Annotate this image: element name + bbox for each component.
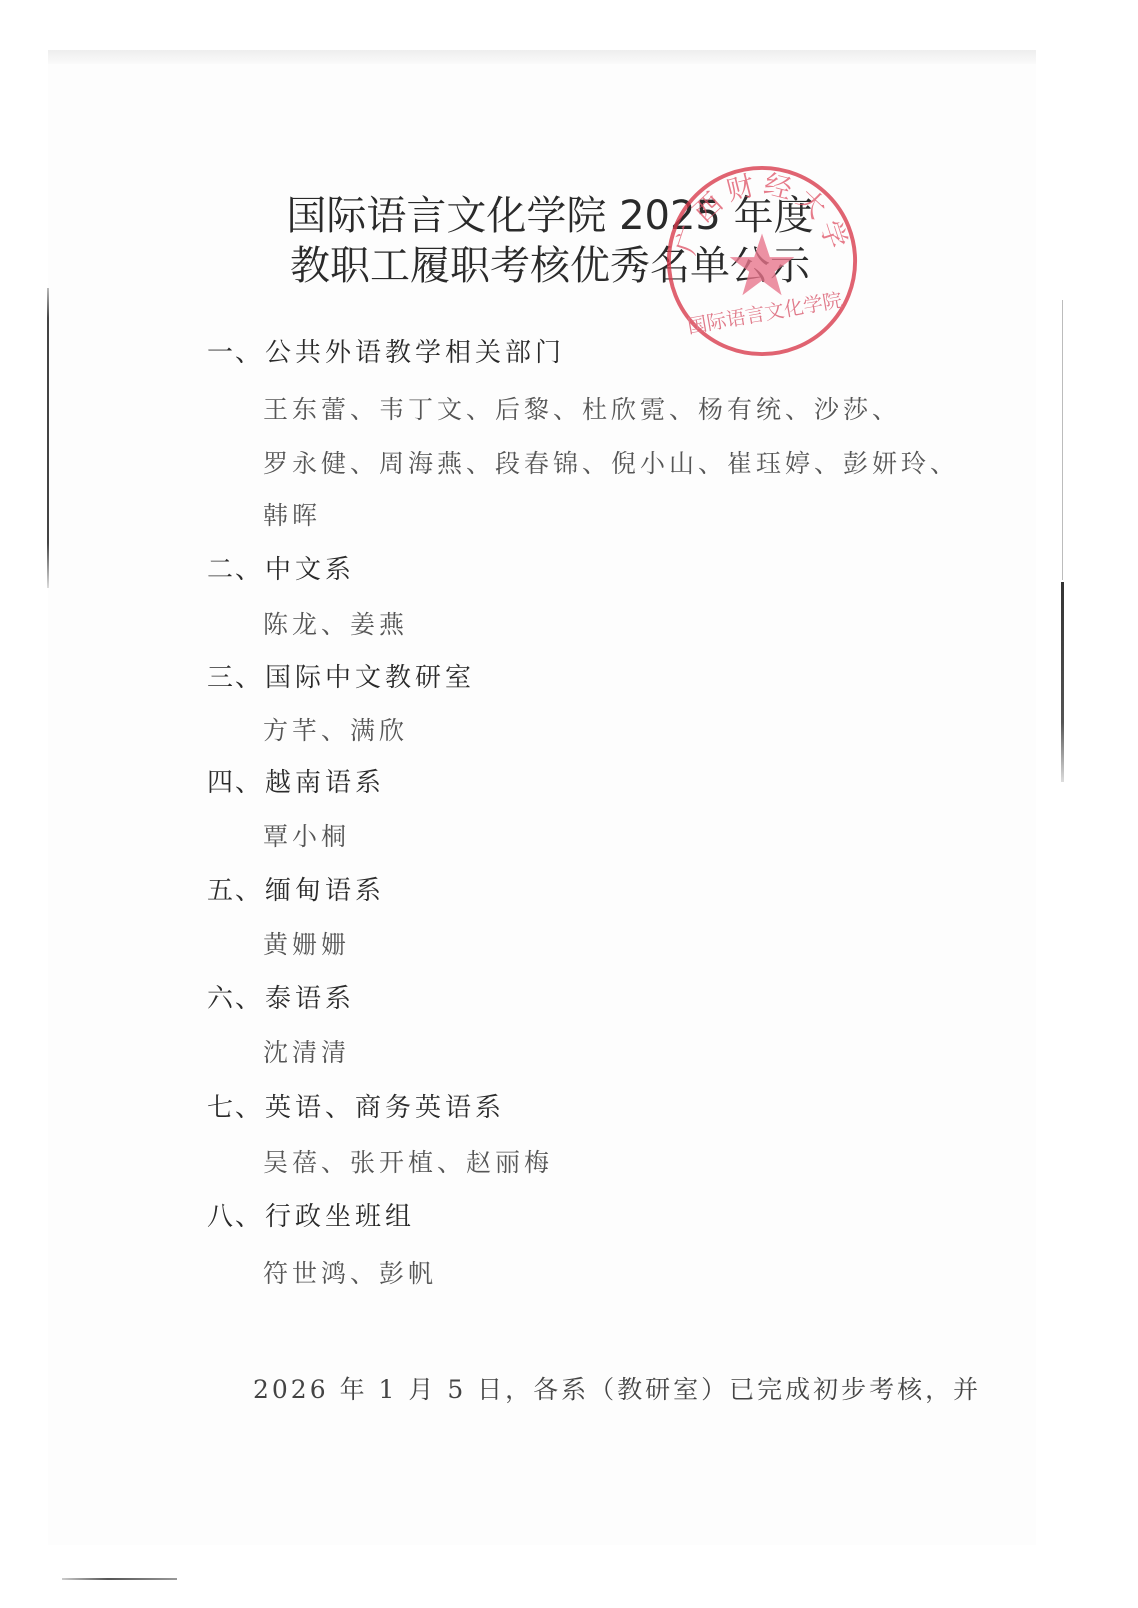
section-ordinal: 八、 [207,1196,265,1233]
document-title-line-2: 教职工履职考核优秀名单公示 [0,234,1100,291]
section-name: 行政坐班组 [265,1202,415,1232]
section-heading: 六、泰语系 [207,978,355,1015]
name-list-line: 罗永健、周海燕、段春锦、倪小山、崔珏婷、彭妍玲、 [263,444,959,480]
name-list-line: 王东蕾、韦丁文、后黎、杜欣霓、杨有统、沙莎、 [263,390,901,426]
name-list-line: 沈清清 [263,1033,350,1069]
section-name: 中文系 [265,555,355,585]
section-heading: 二、中文系 [207,549,355,586]
scan-edge-right-faint [1062,300,1063,580]
section-heading: 四、越南语系 [207,762,385,799]
section-heading: 五、缅甸语系 [207,870,385,907]
section-name: 公共外语教学相关部门 [265,338,565,368]
section-ordinal: 四、 [207,762,265,799]
scan-edge-bottom [62,1578,177,1580]
name-list-line: 陈龙、姜燕 [263,605,408,641]
name-list-line: 黄姗姗 [263,925,350,961]
section-ordinal: 一、 [207,332,265,369]
section-name: 泰语系 [265,984,355,1014]
section-name: 英语、商务英语系 [265,1093,505,1123]
section-heading: 三、国际中文教研室 [207,657,475,694]
section-heading: 一、公共外语教学相关部门 [207,332,565,369]
section-name: 国际中文教研室 [265,663,475,693]
section-heading: 七、英语、商务英语系 [207,1087,505,1124]
scan-top-shadow [48,50,1036,64]
name-list-line: 方芊、满欣 [263,711,408,747]
section-name: 缅甸语系 [265,876,385,906]
section-ordinal: 二、 [207,549,265,586]
section-heading: 八、行政坐班组 [207,1196,415,1233]
name-list-line: 符世鸿、彭帆 [263,1254,437,1290]
section-ordinal: 七、 [207,1087,265,1124]
name-list-line: 吴蓓、张开植、赵丽梅 [263,1143,553,1179]
closing-paragraph: 2026 年 1 月 5 日，各系（教研室）已完成初步考核，并 [253,1370,981,1406]
section-ordinal: 三、 [207,657,265,694]
name-list-line: 覃小桐 [263,817,350,853]
name-list-line: 韩晖 [263,496,321,532]
section-ordinal: 六、 [207,978,265,1015]
section-name: 越南语系 [265,768,385,798]
scan-edge-left [47,288,49,588]
document-title-line-1: 国际语言文化学院 2025 年度 [0,184,1100,241]
section-ordinal: 五、 [207,870,265,907]
scan-edge-right [1061,582,1064,782]
